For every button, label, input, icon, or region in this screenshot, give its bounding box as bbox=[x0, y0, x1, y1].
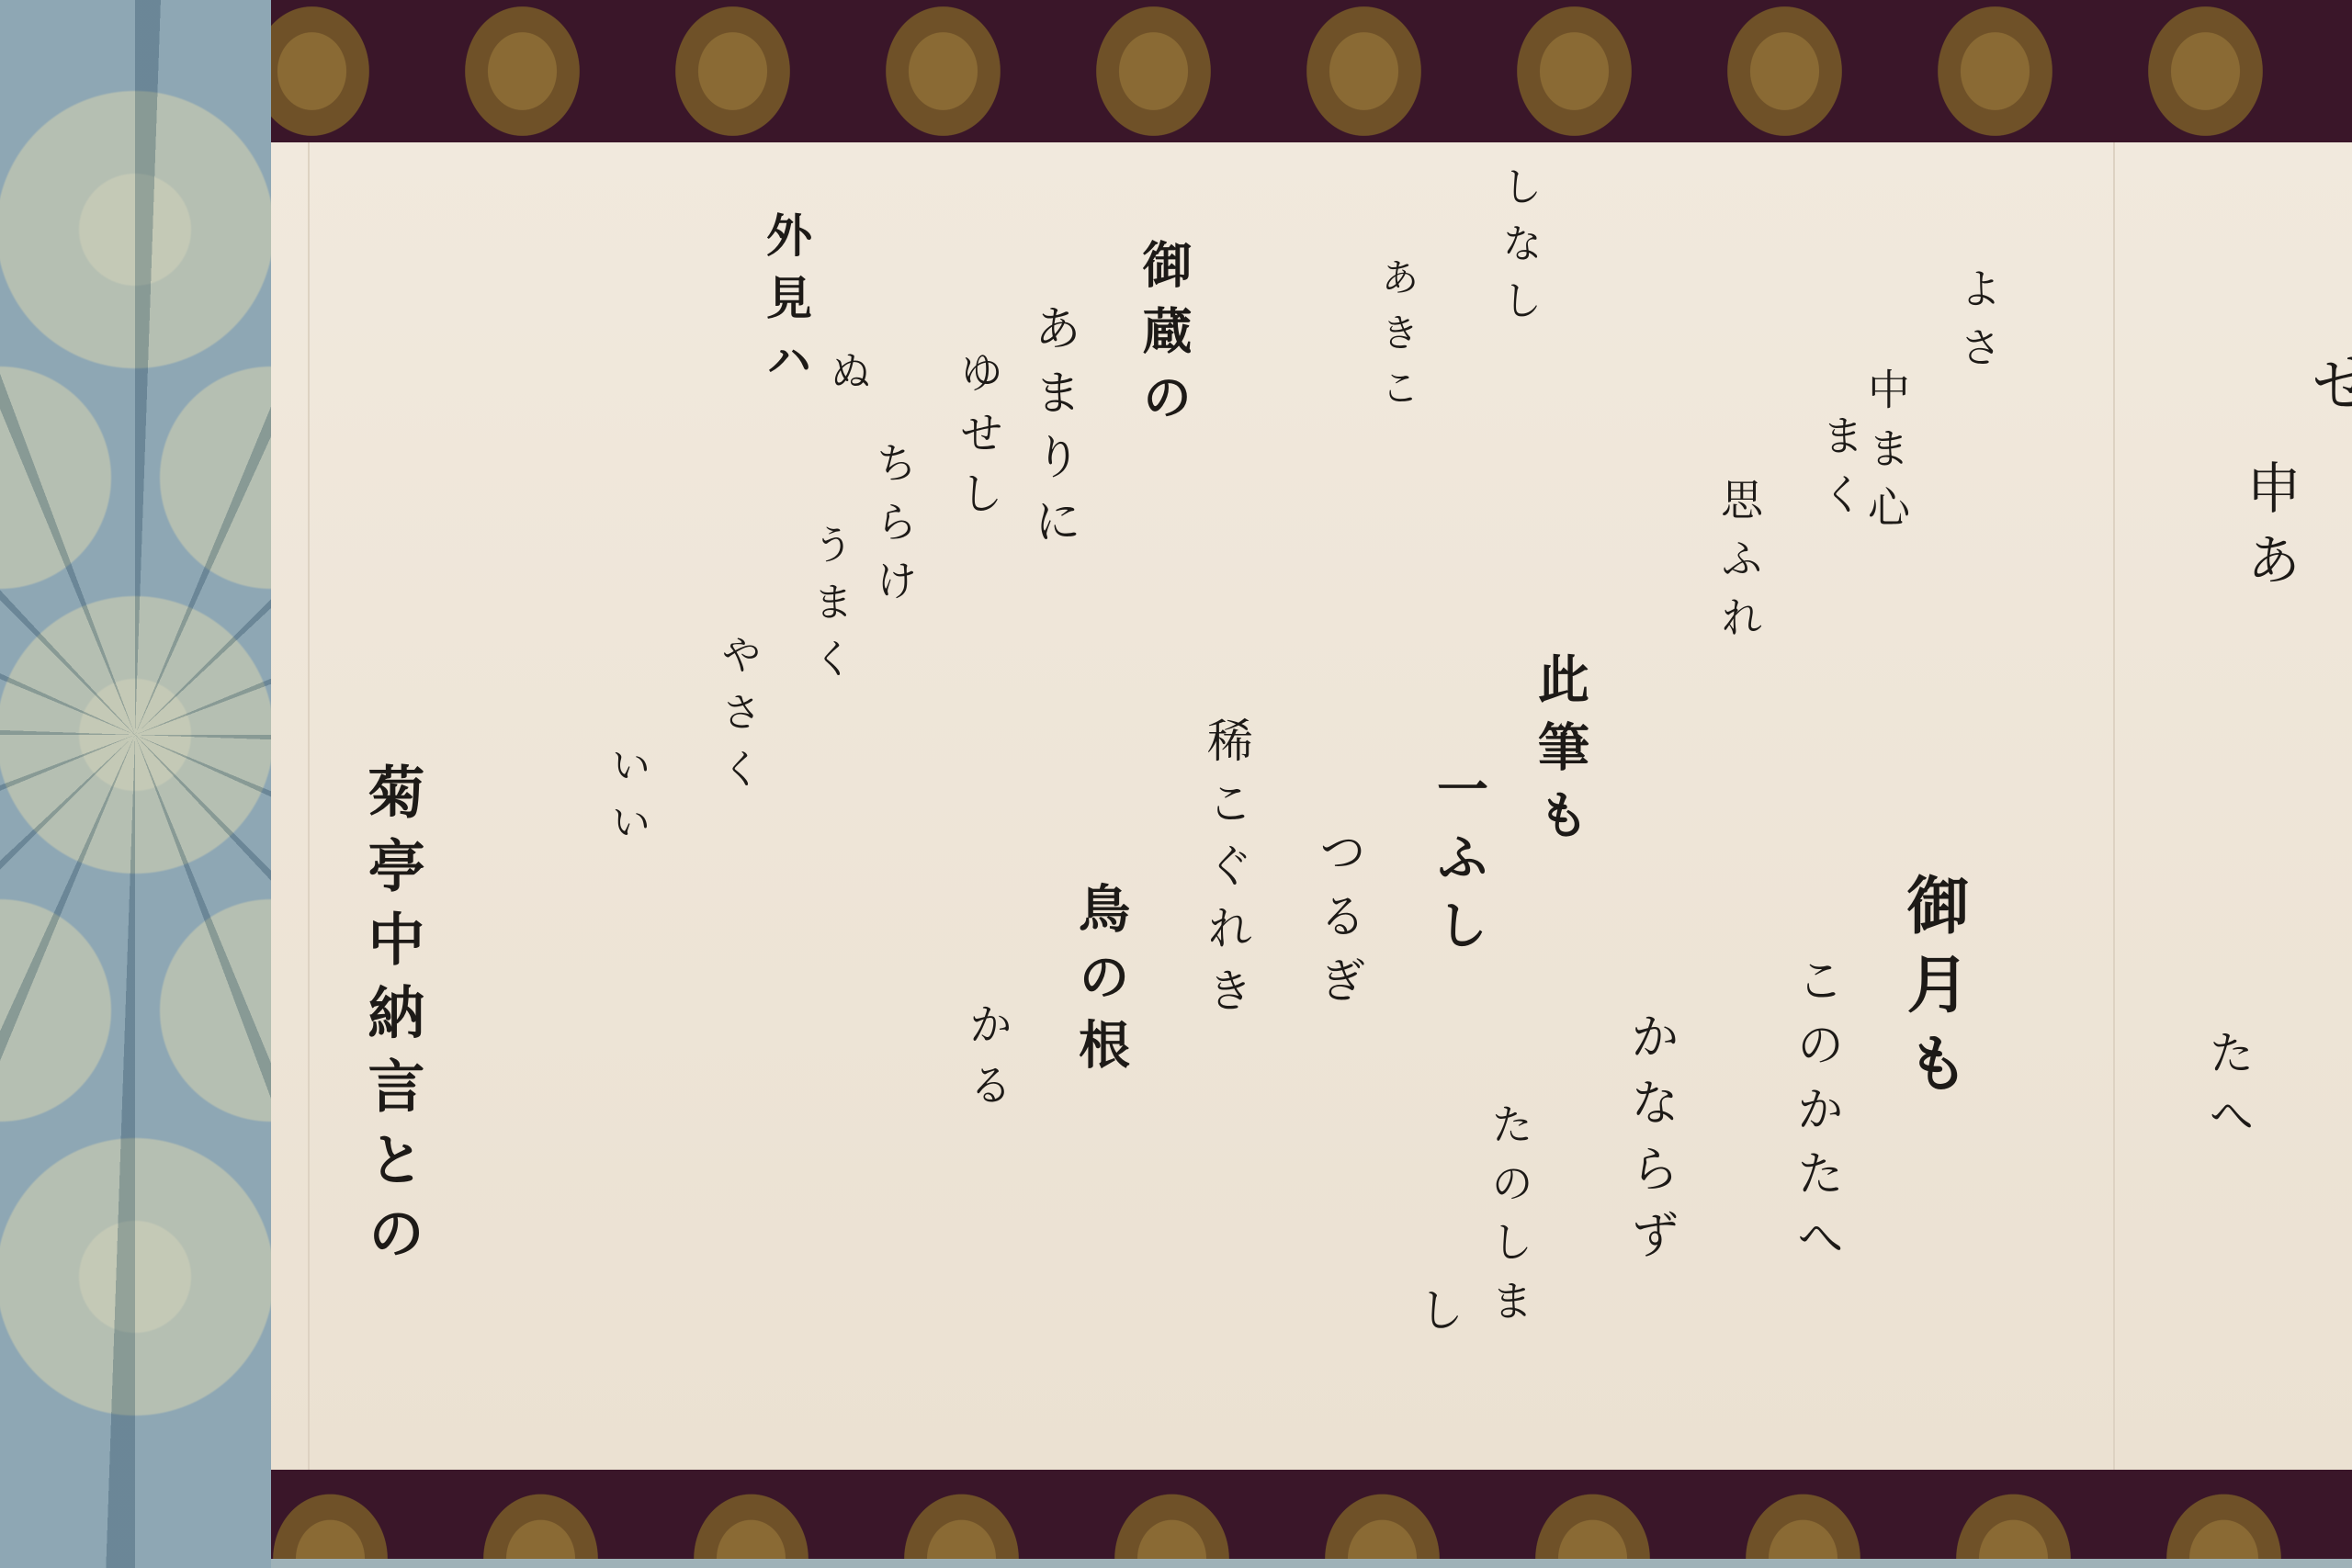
calligraphy-column: まく bbox=[1819, 413, 1861, 531]
calligraphy-column: やさく bbox=[717, 634, 757, 805]
calligraphy-column: あまりに bbox=[1029, 303, 1077, 560]
calligraphy-column: 一ふし bbox=[1433, 762, 1485, 966]
calligraphy-column: 外見ハ bbox=[763, 211, 808, 399]
calligraphy-column: たのしま bbox=[1488, 1102, 1531, 1337]
calligraphy-column: つるぎ bbox=[1314, 827, 1362, 1020]
calligraphy-column: 御蔵の bbox=[1139, 239, 1189, 437]
top-brocade-border bbox=[271, 0, 2352, 142]
calligraphy-column: 鳥の根 bbox=[1075, 882, 1126, 1086]
calligraphy-column: かならず bbox=[1626, 1010, 1676, 1275]
paper-seam-left bbox=[308, 142, 310, 1470]
calligraphy-column: しなし bbox=[1498, 165, 1538, 336]
calligraphy-column: し bbox=[1415, 1286, 1461, 1348]
calligraphy-column: ちらけ bbox=[873, 441, 915, 617]
calligraphy-column: ゆせし bbox=[955, 349, 1000, 531]
calligraphy-column: ぬ bbox=[827, 349, 869, 408]
calligraphy-column: あきこ bbox=[1378, 257, 1417, 423]
calligraphy-column: よさ bbox=[1957, 266, 1999, 384]
calligraphy-column: このかたへ bbox=[1792, 955, 1839, 1277]
paper-seam-right bbox=[2113, 142, 2115, 1470]
calligraphy-column: 此筆も bbox=[1534, 652, 1586, 856]
calligraphy-paper bbox=[271, 142, 2352, 1470]
calligraphy-column: 御月も bbox=[1902, 873, 1964, 1110]
calligraphy-column: 中ま心 bbox=[1865, 367, 1907, 544]
bottom-silk-band bbox=[271, 1559, 2352, 1568]
calligraphy-column: かる bbox=[965, 1001, 1009, 1122]
bottom-brocade-border bbox=[271, 1470, 2352, 1559]
calligraphy-column: いい bbox=[606, 744, 647, 858]
calligraphy-column: たへ bbox=[2205, 1029, 2251, 1154]
calligraphy-column: せ bbox=[2306, 349, 2352, 430]
calligraphy-column: うまく bbox=[808, 524, 849, 694]
calligraphy-column: 稀こぐれき bbox=[1204, 716, 1249, 1029]
chrysanthemum-pattern bbox=[0, 0, 271, 1568]
calligraphy-column: 申あ bbox=[2242, 459, 2297, 603]
calligraphy-column: 思ふれ bbox=[1718, 478, 1760, 654]
calligraphy-column: 菊亭中納言との bbox=[363, 762, 420, 1277]
side-silk-panel bbox=[0, 0, 271, 1568]
